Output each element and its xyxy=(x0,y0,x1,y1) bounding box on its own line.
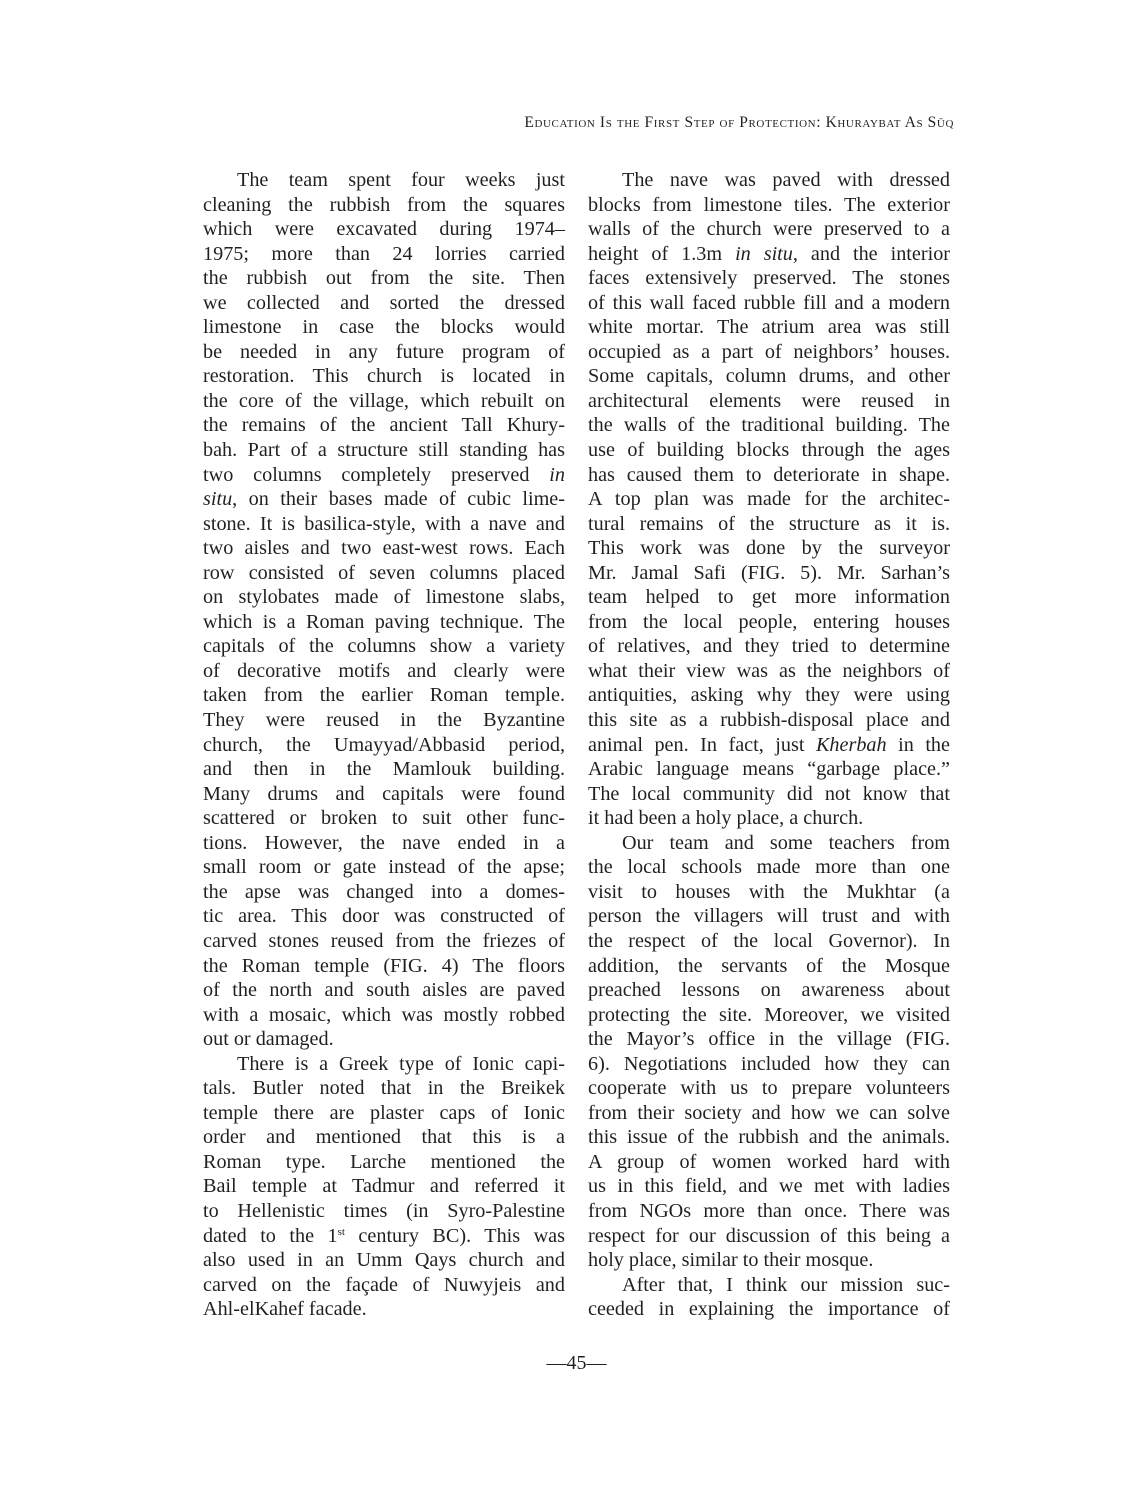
text-line: ceeded in explaining the importance of xyxy=(588,1297,950,1322)
text-fragment: dated to the 1 xyxy=(203,1225,338,1247)
text-line: This work was done by the surveyor xyxy=(588,536,950,561)
text-line: has caused them to deteriorate in shape. xyxy=(588,463,950,488)
text-line: from the local people, entering houses xyxy=(588,610,950,635)
paragraph: The team spent four weeks just cleaning … xyxy=(203,168,565,1052)
text-line: 6). Negotiations included how they can xyxy=(588,1052,950,1077)
text-line: out or damaged. xyxy=(203,1027,565,1052)
text-line: be needed in any future program of xyxy=(203,340,565,365)
text-line: of this wall faced rubble fill and a mod… xyxy=(588,291,950,316)
text-line: blocks from limestone tiles. The exterio… xyxy=(588,193,950,218)
text-line: 1975; more than 24 lorries carried xyxy=(203,242,565,267)
text-line: The nave was paved with dressed xyxy=(588,168,950,193)
text-line: stone. It is basilica-style, with a nave… xyxy=(203,512,565,537)
text-line: visit to houses with the Mukhtar (a xyxy=(588,880,950,905)
text-line: tions. However, the nave ended in a xyxy=(203,831,565,856)
text-line: Roman type. Larche mentioned the xyxy=(203,1150,565,1175)
text-line: antiquities, asking why they were using xyxy=(588,683,950,708)
text-line: Many drums and capitals were found xyxy=(203,782,565,807)
text-line: respect for our discussion of this being… xyxy=(588,1224,950,1249)
text-fragment: in the xyxy=(887,734,950,756)
text-line: animal pen. In fact, just Kherbah in the xyxy=(588,733,950,758)
text-line: protecting the site. Moreover, we visite… xyxy=(588,1003,950,1028)
text-line: tural remains of the structure as it is. xyxy=(588,512,950,537)
text-line: the respect of the local Governor). In xyxy=(588,929,950,954)
text-line: situ, on their bases made of cubic lime- xyxy=(203,487,565,512)
text-line: taken from the earlier Roman temple. xyxy=(203,683,565,708)
text-line: of relatives, and they tried to determin… xyxy=(588,634,950,659)
text-line: architectural elements were reused in xyxy=(588,389,950,414)
text-fragment: , and the interior xyxy=(793,243,950,265)
text-line: carved stones reused from the friezes of xyxy=(203,929,565,954)
text-line: this site as a rubbish-disposal place an… xyxy=(588,708,950,733)
right-column: The nave was paved with dressed blocks f… xyxy=(588,168,950,1322)
text-line: scattered or broken to suit other func- xyxy=(203,806,565,831)
text-line: restoration. This church is located in xyxy=(203,364,565,389)
text-line: white mortar. The atrium area was still xyxy=(588,315,950,340)
text-line: and then in the Mamlouk building. xyxy=(203,757,565,782)
italic-term: in situ xyxy=(735,243,793,265)
text-line: dated to the 1st century BC). This was xyxy=(203,1224,565,1249)
text-line: Some capitals, column drums, and other xyxy=(588,364,950,389)
text-line: from their society and how we can solve xyxy=(588,1101,950,1126)
text-line: holy place, similar to their mosque. xyxy=(588,1248,950,1273)
text-fragment: century BC). This was xyxy=(345,1225,565,1247)
italic-term: Kherbah xyxy=(816,734,887,756)
text-line: After that, I think our mission suc- xyxy=(588,1273,950,1298)
text-line: preached lessons on awareness about xyxy=(588,978,950,1003)
left-column: The team spent four weeks just cleaning … xyxy=(203,168,565,1322)
text-line: which is a Roman paving technique. The xyxy=(203,610,565,635)
text-line: church, the Umayyad/Abbasid period, xyxy=(203,733,565,758)
text-line: the local schools made more than one xyxy=(588,855,950,880)
italic-term: situ xyxy=(203,488,232,510)
text-line: also used in an Umm Qays church and xyxy=(203,1248,565,1273)
text-line: Bail temple at Tadmur and referred it xyxy=(203,1174,565,1199)
text-line: There is a Greek type of Ionic capi- xyxy=(203,1052,565,1077)
text-line: occupied as a part of neighbors’ houses. xyxy=(588,340,950,365)
text-line: which were excavated during 1974– xyxy=(203,217,565,242)
text-line: to Hellenistic times (in Syro-Palestine xyxy=(203,1199,565,1224)
text-line: capitals of the columns show a variety xyxy=(203,634,565,659)
text-fragment: , on their bases made of cubic lime- xyxy=(232,488,565,510)
text-line: A top plan was made for the architec- xyxy=(588,487,950,512)
text-line: row consisted of seven columns placed xyxy=(203,561,565,586)
text-line: small room or gate instead of the apse; xyxy=(203,855,565,880)
text-line: Our team and some teachers from xyxy=(588,831,950,856)
text-line: the core of the village, which rebuilt o… xyxy=(203,389,565,414)
text-line: of decorative motifs and clearly were xyxy=(203,659,565,684)
text-line: two columns completely preserved in xyxy=(203,463,565,488)
text-fragment: two columns completely preserved xyxy=(203,464,549,486)
paragraph: Our team and some teachers from the loca… xyxy=(588,831,950,1273)
text-line: the remains of the ancient Tall Khury- xyxy=(203,413,565,438)
text-line: use of building blocks through the ages xyxy=(588,438,950,463)
text-line: tals. Butler noted that in the Breikek xyxy=(203,1076,565,1101)
text-line: the apse was changed into a domes- xyxy=(203,880,565,905)
text-line: addition, the servants of the Mosque xyxy=(588,954,950,979)
text-line: tic area. This door was constructed of xyxy=(203,904,565,929)
text-line: A group of women worked hard with xyxy=(588,1150,950,1175)
text-line: us in this field, and we met with ladies xyxy=(588,1174,950,1199)
text-line: temple there are plaster caps of Ionic xyxy=(203,1101,565,1126)
text-line: limestone in case the blocks would xyxy=(203,315,565,340)
text-line: person the villagers will trust and with xyxy=(588,904,950,929)
text-line: walls of the church were preserved to a xyxy=(588,217,950,242)
text-line: The team spent four weeks just xyxy=(203,168,565,193)
text-line: cooperate with us to prepare volunteers xyxy=(588,1076,950,1101)
text-line: height of 1.3m in situ, and the interior xyxy=(588,242,950,267)
text-line: on stylobates made of limestone slabs, xyxy=(203,585,565,610)
paragraph: There is a Greek type of Ionic capi- tal… xyxy=(203,1052,565,1322)
text-line: order and mentioned that this is a xyxy=(203,1125,565,1150)
text-line: of the north and south aisles are paved xyxy=(203,978,565,1003)
text-line: faces extensively preserved. The stones xyxy=(588,266,950,291)
page-number: —45— xyxy=(0,1352,1126,1375)
text-line: Mr. Jamal Safi (FIG. 5). Mr. Sarhan’s xyxy=(588,561,950,586)
text-line: They were reused in the Byzantine xyxy=(203,708,565,733)
text-line: this issue of the rubbish and the animal… xyxy=(588,1125,950,1150)
paragraph: The nave was paved with dressed blocks f… xyxy=(588,168,950,831)
running-header: Education Is the First Step of Protectio… xyxy=(524,114,954,132)
italic-term: in xyxy=(549,464,565,486)
text-line: Arabic language means “garbage place.” xyxy=(588,757,950,782)
text-line: The local community did not know that xyxy=(588,782,950,807)
superscript: st xyxy=(338,1226,345,1238)
text-line: we collected and sorted the dressed xyxy=(203,291,565,316)
text-line: team helped to get more information xyxy=(588,585,950,610)
text-line: Ahl-elKahef facade. xyxy=(203,1297,565,1322)
text-fragment: animal pen. In fact, just xyxy=(588,734,816,756)
text-line: two aisles and two east-west rows. Each xyxy=(203,536,565,561)
text-line: from NGOs more than once. There was xyxy=(588,1199,950,1224)
text-line: what their view was as the neighbors of xyxy=(588,659,950,684)
text-line: cleaning the rubbish from the squares xyxy=(203,193,565,218)
paragraph: After that, I think our mission suc- cee… xyxy=(588,1273,950,1322)
text-line: it had been a holy place, a church. xyxy=(588,806,950,831)
text-line: the Roman temple (FIG. 4) The floors xyxy=(203,954,565,979)
text-fragment: height of 1.3m xyxy=(588,243,735,265)
text-line: bah. Part of a structure still standing … xyxy=(203,438,565,463)
text-line: the walls of the traditional building. T… xyxy=(588,413,950,438)
text-line: the rubbish out from the site. Then xyxy=(203,266,565,291)
text-line: with a mosaic, which was mostly robbed xyxy=(203,1003,565,1028)
text-line: the Mayor’s office in the village (FIG. xyxy=(588,1027,950,1052)
text-line: carved on the façade of Nuwyjeis and xyxy=(203,1273,565,1298)
